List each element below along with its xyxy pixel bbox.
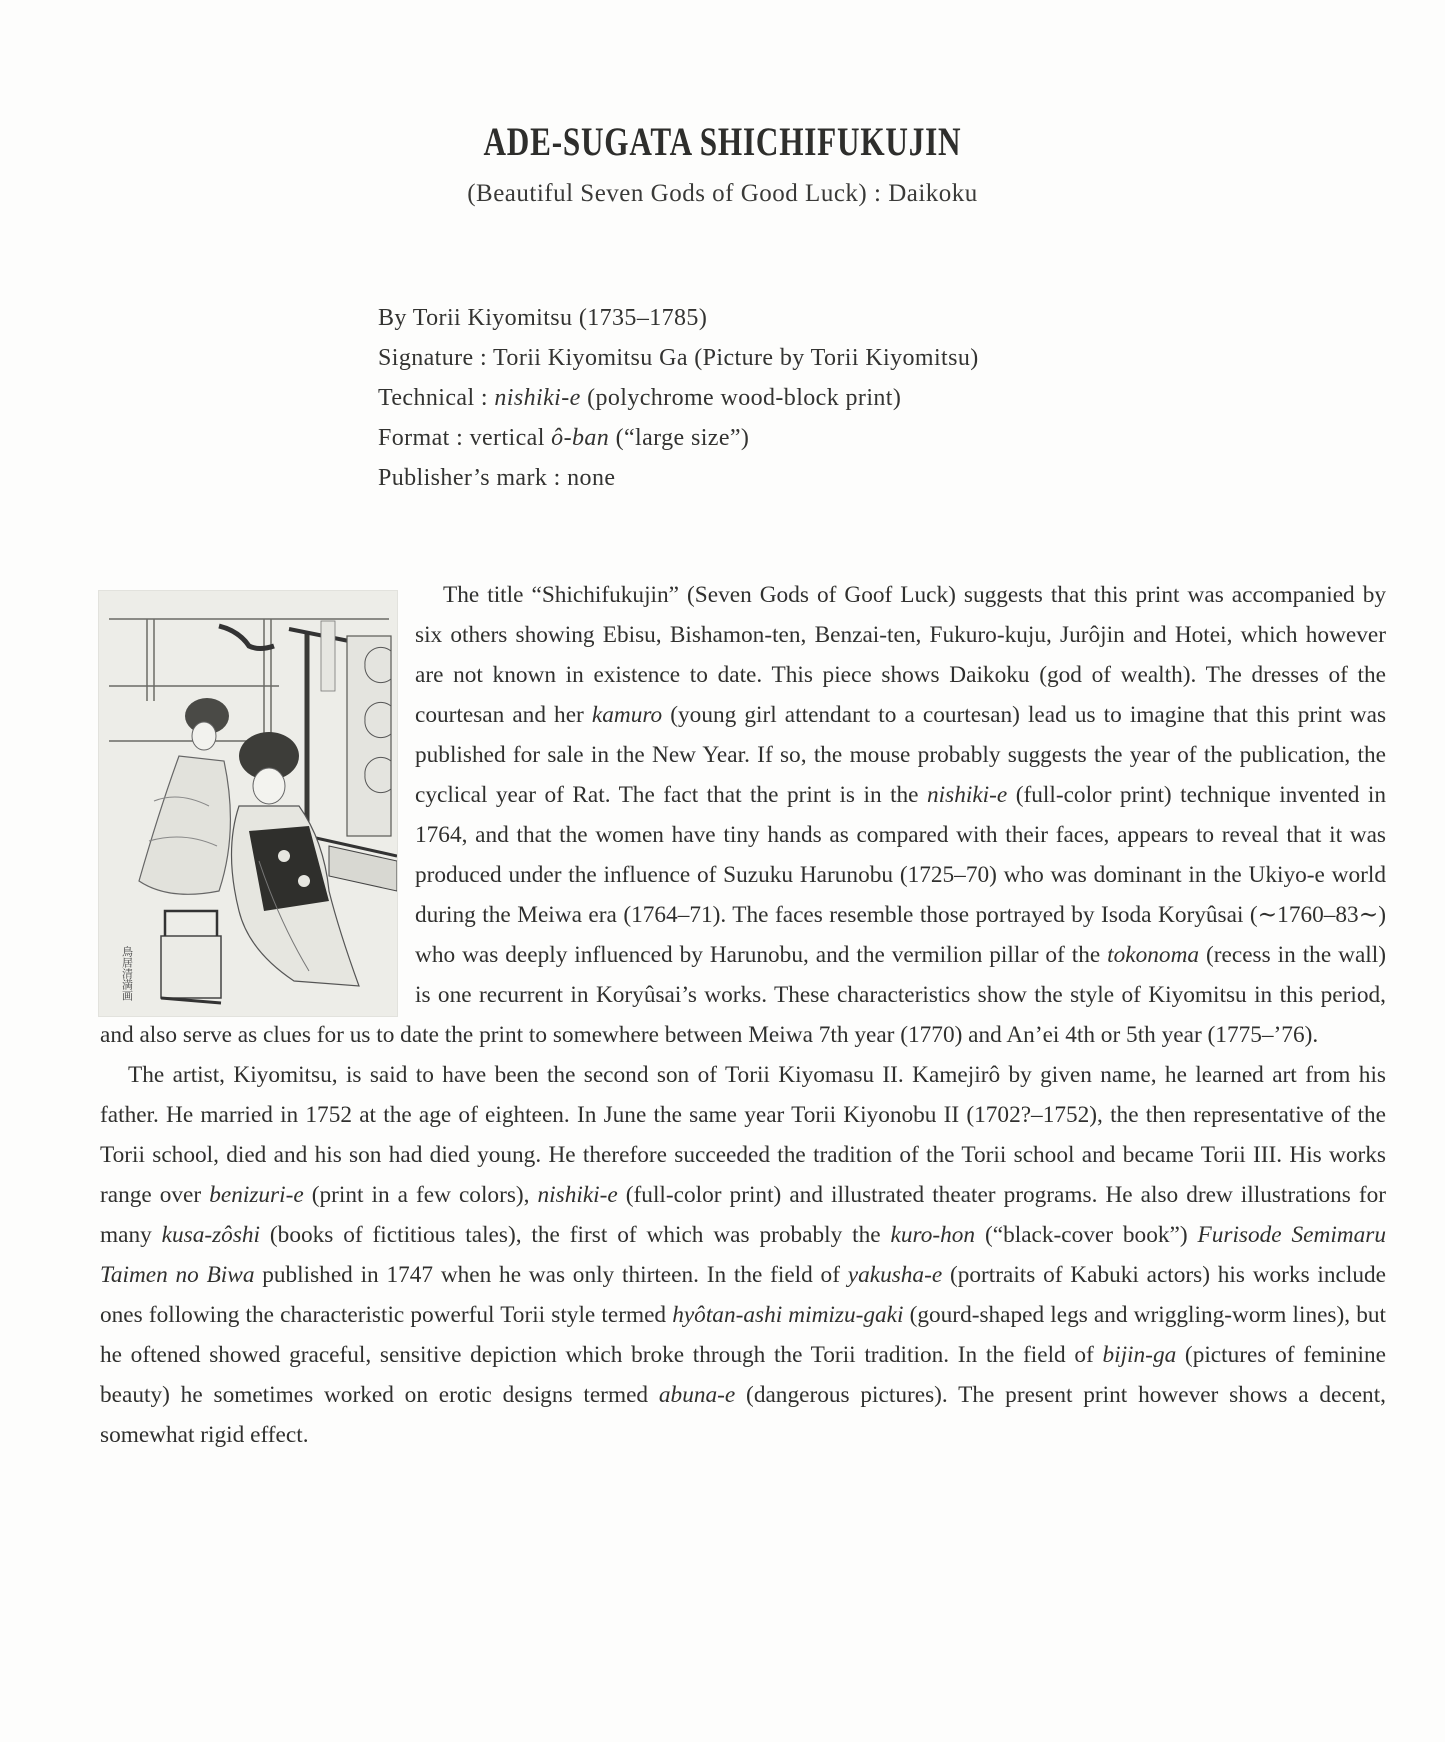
paragraph-2: The artist, Kiyomitsu, is said to have b… bbox=[100, 1055, 1386, 1455]
technical-term: nishiki-e bbox=[494, 385, 580, 411]
signature-label: Signature : bbox=[378, 345, 487, 371]
page-subtitle: (Beautiful Seven Gods of Good Luck) : Da… bbox=[0, 180, 1445, 208]
term-yakusha-e: yakusha-e bbox=[848, 1262, 942, 1288]
page-title: ADE-SUGATA SHICHIFUKUJIN bbox=[159, 118, 1286, 165]
format-label: Format : bbox=[378, 425, 463, 451]
format-line: Format : vertical ô-ban (“large size”) bbox=[378, 418, 979, 458]
technical-value: (polychrome wood-block print) bbox=[587, 385, 901, 411]
print-metadata: By Torii Kiyomitsu (1735–1785) Signature… bbox=[378, 298, 979, 498]
term-nishiki-e: nishiki-e bbox=[538, 1182, 618, 1208]
term-kusa-zoshi: kusa-zôshi bbox=[162, 1222, 260, 1248]
term-tokonoma: tokonoma bbox=[1107, 942, 1199, 968]
term-abuna-e: abuna-e bbox=[659, 1382, 735, 1408]
term-benizuri-e: benizuri-e bbox=[209, 1182, 303, 1208]
figure-float-spacer bbox=[100, 575, 415, 1015]
publisher-line: Publisher’s mark : none bbox=[378, 458, 979, 498]
format-pre: vertical bbox=[470, 425, 545, 451]
technical-label: Technical : bbox=[378, 385, 488, 411]
term-hyotan-ashi: hyôtan-ashi mimizu-gaki bbox=[672, 1302, 903, 1328]
format-value: (“large size”) bbox=[616, 425, 750, 451]
publisher-label: Publisher’s mark : bbox=[378, 465, 561, 491]
signature-value: Torii Kiyomitsu Ga (Picture by Torii Kiy… bbox=[493, 345, 979, 371]
artist-line: By Torii Kiyomitsu (1735–1785) bbox=[378, 298, 979, 338]
article-body: The title “Shichifukujin” (Seven Gods of… bbox=[100, 575, 1386, 1455]
term-bijin-ga: bijin-ga bbox=[1102, 1342, 1176, 1368]
publisher-value: none bbox=[567, 465, 615, 491]
technical-line: Technical : nishiki-e (polychrome wood-b… bbox=[378, 378, 979, 418]
term-kamuro: kamuro bbox=[592, 702, 662, 728]
format-term: ô-ban bbox=[551, 425, 609, 451]
term-kuro-hon: kuro-hon bbox=[891, 1222, 976, 1248]
term-nishiki-e: nishiki-e bbox=[927, 782, 1007, 808]
signature-line: Signature : Torii Kiyomitsu Ga (Picture … bbox=[378, 338, 979, 378]
